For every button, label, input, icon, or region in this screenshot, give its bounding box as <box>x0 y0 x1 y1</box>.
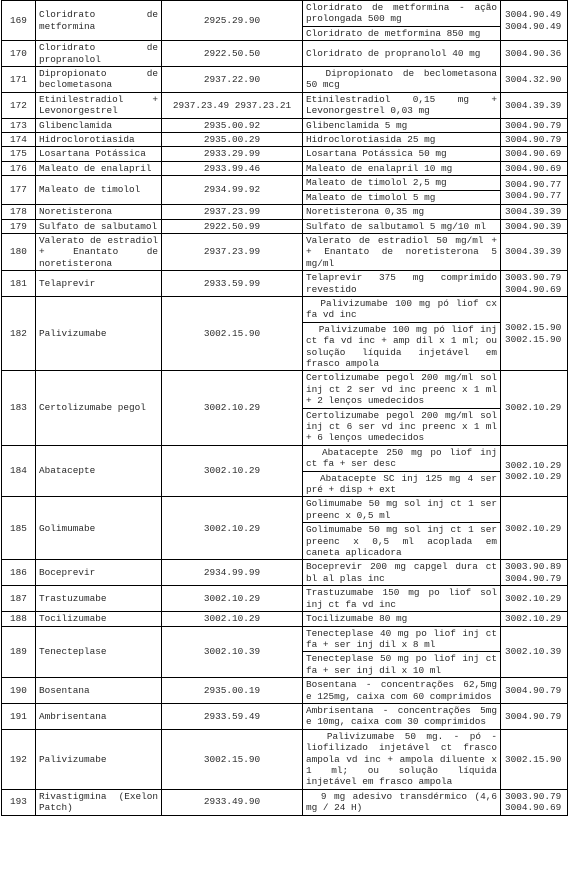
substance-name: Bosentana <box>36 678 162 704</box>
substance-name: Telaprevir <box>36 271 162 297</box>
row-number: 193 <box>2 789 36 815</box>
product-description: Golimumabe 50 mg sol inj ct 1 ser preenc… <box>303 522 500 559</box>
product-description: Palivizumabe 100 mg pó liof cx fa vd inc <box>303 297 500 322</box>
table-row: 170Cloridrato de propranolol2922.50.50Cl… <box>2 41 568 67</box>
product-description-cell: Abatacepte 250 mg po liof inj ct fa + se… <box>303 445 501 497</box>
substance-ncm-code: 2934.99.92 <box>162 176 303 205</box>
table-row: 178Noretisterona2937.23.99Noretisterona … <box>2 205 568 219</box>
product-description: Abatacepte 250 mg po liof inj ct fa + se… <box>303 446 500 471</box>
table-row: 177Maleato de timolol2934.99.92Maleato d… <box>2 176 568 205</box>
product-description-cell: Valerato de estradiol 50 mg/ml + + Enant… <box>303 233 501 270</box>
substance-name: Tenecteplase <box>36 626 162 678</box>
product-description: Tocilizumabe 80 mg <box>303 612 500 625</box>
product-description-cell: Cloridrato de metformina - ação prolonga… <box>303 1 501 41</box>
substance-name: Etinilestradiol + Levonorgestrel <box>36 92 162 118</box>
table-row: 183Certolizumabe pegol3002.10.29Certoliz… <box>2 371 568 445</box>
product-description: Etinilestradiol 0,15 mg + Levonorgestrel… <box>303 93 500 118</box>
substance-ncm-code: 2922.50.50 <box>162 41 303 67</box>
product-description-cell: Ambrisentana - concentrações 5mg e 10mg,… <box>303 703 501 729</box>
substance-name: Abatacepte <box>36 445 162 497</box>
product-description-cell: Palivizumabe 50 mg. - pó - liofilizado i… <box>303 729 501 789</box>
product-description-cell: Dipropionato de beclometasona 50 mcg <box>303 67 501 93</box>
product-ncm-code: 3004.90.79 <box>501 118 568 132</box>
row-number: 177 <box>2 176 36 205</box>
product-description: Sulfato de salbutamol 5 mg/10 ml <box>303 220 500 233</box>
product-description-cell: Sulfato de salbutamol 5 mg/10 ml <box>303 219 501 233</box>
row-number: 181 <box>2 271 36 297</box>
substance-name: Golimumabe <box>36 497 162 560</box>
product-description: Dipropionato de beclometasona 50 mcg <box>303 67 500 92</box>
product-ncm-code: 3003.90.79 3004.90.69 <box>501 789 568 815</box>
substance-name: Valerato de estradiol + Enantato de nore… <box>36 233 162 270</box>
product-description: Golimumabe 50 mg sol inj ct 1 ser preenc… <box>303 497 500 522</box>
row-number: 178 <box>2 205 36 219</box>
product-ncm-code: 3002.10.39 <box>501 626 568 678</box>
product-ncm-code: 3004.90.69 <box>501 147 568 161</box>
product-ncm-code: 3003.90.89 3004.90.79 <box>501 560 568 586</box>
product-ncm-code: 3004.90.79 <box>501 703 568 729</box>
substance-ncm-code: 2933.59.49 <box>162 703 303 729</box>
table-row: 180Valerato de estradiol + Enantato de n… <box>2 233 568 270</box>
substance-ncm-code: 3002.15.90 <box>162 296 303 370</box>
table-row: 172Etinilestradiol + Levonorgestrel2937.… <box>2 92 568 118</box>
row-number: 170 <box>2 41 36 67</box>
row-number: 169 <box>2 1 36 41</box>
row-number: 183 <box>2 371 36 445</box>
product-ncm-code: 3002.15.90 3002.15.90 <box>501 296 568 370</box>
product-description: Cloridrato de propranolol 40 mg <box>303 47 500 60</box>
product-description: Noretisterona 0,35 mg <box>303 205 500 218</box>
product-description: Tenecteplase 50 mg po liof inj ct fa + s… <box>303 651 500 677</box>
row-number: 187 <box>2 586 36 612</box>
substance-name: Trastuzumabe <box>36 586 162 612</box>
substance-ncm-code: 3002.10.39 <box>162 626 303 678</box>
document-page: 169Cloridrato de metformina2925.29.90Clo… <box>1 0 568 816</box>
product-description-cell: 9 mg adesivo transdérmico (4,6 mg / 24 H… <box>303 789 501 815</box>
product-description-cell: Noretisterona 0,35 mg <box>303 205 501 219</box>
table-row: 173Glibenclamida2935.00.92Glibenclamida … <box>2 118 568 132</box>
row-number: 176 <box>2 161 36 175</box>
substance-name: Rivastigmina (Exelon Patch) <box>36 789 162 815</box>
product-description-cell: Cloridrato de propranolol 40 mg <box>303 41 501 67</box>
substance-name: Sulfato de salbutamol <box>36 219 162 233</box>
product-description-cell: Glibenclamida 5 mg <box>303 118 501 132</box>
product-description: Cloridrato de metformina - ação prolonga… <box>303 1 500 26</box>
substance-ncm-code: 2933.59.99 <box>162 271 303 297</box>
substance-ncm-code: 3002.10.29 <box>162 371 303 445</box>
product-description: Ambrisentana - concentrações 5mg e 10mg,… <box>303 704 500 729</box>
product-description: Certolizumabe pegol 200 mg/ml sol inj ct… <box>303 408 500 445</box>
substance-name: Glibenclamida <box>36 118 162 132</box>
row-number: 174 <box>2 133 36 147</box>
table-row: 184Abatacepte3002.10.29 Abatacepte 250 m… <box>2 445 568 497</box>
substance-ncm-code: 3002.10.29 <box>162 445 303 497</box>
table-row: 190Bosentana2935.00.19Bosentana - concen… <box>2 678 568 704</box>
product-description-cell: Golimumabe 50 mg sol inj ct 1 ser preenc… <box>303 497 501 560</box>
substance-name: Noretisterona <box>36 205 162 219</box>
product-description: Maleato de enalapril 10 mg <box>303 162 500 175</box>
product-description-cell: Maleato de timolol 2,5 mgMaleato de timo… <box>303 176 501 205</box>
substance-ncm-code: 2935.00.19 <box>162 678 303 704</box>
table-row: 189Tenecteplase3002.10.39Tenecteplase 40… <box>2 626 568 678</box>
product-ncm-code: 3002.15.90 <box>501 729 568 789</box>
table-row: 192Palivizumabe3002.15.90 Palivizumabe 5… <box>2 729 568 789</box>
table-row: 186Boceprevir2934.99.99Boceprevir 200 mg… <box>2 560 568 586</box>
row-number: 191 <box>2 703 36 729</box>
product-description-cell: Tenecteplase 40 mg po liof inj ct fa + s… <box>303 626 501 678</box>
product-ncm-code: 3002.10.29 <box>501 586 568 612</box>
product-description-cell: Bosentana - concentrações 62,5mg e 125mg… <box>303 678 501 704</box>
row-number: 175 <box>2 147 36 161</box>
table-row: 169Cloridrato de metformina2925.29.90Clo… <box>2 1 568 41</box>
product-ncm-code: 3003.90.79 3004.90.69 <box>501 271 568 297</box>
product-ncm-code: 3004.90.79 <box>501 678 568 704</box>
row-number: 190 <box>2 678 36 704</box>
row-number: 180 <box>2 233 36 270</box>
product-description: Palivizumabe 50 mg. - pó - liofilizado i… <box>303 730 500 789</box>
substance-name: Hidroclorotiasida <box>36 133 162 147</box>
medicines-table-body: 169Cloridrato de metformina2925.29.90Clo… <box>2 1 568 816</box>
product-description: Trastuzumabe 150 mg po liof sol inj ct f… <box>303 586 500 611</box>
product-ncm-code: 3004.39.39 <box>501 233 568 270</box>
product-description: Losartana Potássica 50 mg <box>303 147 500 160</box>
product-ncm-code: 3004.90.79 <box>501 133 568 147</box>
product-ncm-code: 3004.39.39 <box>501 92 568 118</box>
table-row: 191Ambrisentana2933.59.49Ambrisentana - … <box>2 703 568 729</box>
row-number: 184 <box>2 445 36 497</box>
table-row: 179Sulfato de salbutamol2922.50.99Sulfat… <box>2 219 568 233</box>
product-description: Glibenclamida 5 mg <box>303 119 500 132</box>
product-description-cell: Telaprevir 375 mg comprimido revestido <box>303 271 501 297</box>
substance-ncm-code: 2937.22.90 <box>162 67 303 93</box>
product-ncm-code: 3002.10.29 <box>501 371 568 445</box>
product-description-cell: Etinilestradiol 0,15 mg + Levonorgestrel… <box>303 92 501 118</box>
product-ncm-code: 3004.90.36 <box>501 41 568 67</box>
table-row: 193Rivastigmina (Exelon Patch)2933.49.90… <box>2 789 568 815</box>
substance-ncm-code: 2935.00.29 <box>162 133 303 147</box>
row-number: 173 <box>2 118 36 132</box>
product-description: Certolizumabe pegol 200 mg/ml sol inj ct… <box>303 371 500 407</box>
substance-ncm-code: 2933.49.90 <box>162 789 303 815</box>
table-row: 187Trastuzumabe3002.10.29Trastuzumabe 15… <box>2 586 568 612</box>
substance-ncm-code: 3002.10.29 <box>162 586 303 612</box>
table-row: 185Golimumabe3002.10.29Golimumabe 50 mg … <box>2 497 568 560</box>
row-number: 171 <box>2 67 36 93</box>
substance-ncm-code: 2925.29.90 <box>162 1 303 41</box>
substance-name: Cloridrato de propranolol <box>36 41 162 67</box>
medicines-table: 169Cloridrato de metformina2925.29.90Clo… <box>1 0 568 816</box>
product-ncm-code: 3002.10.29 <box>501 497 568 560</box>
table-row: 174Hidroclorotiasida2935.00.29Hidrocloro… <box>2 133 568 147</box>
product-description: Maleato de timolol 2,5 mg <box>303 176 500 189</box>
table-row: 171Dipropionato de beclometasona2937.22.… <box>2 67 568 93</box>
product-ncm-code: 3004.90.49 3004.90.49 <box>501 1 568 41</box>
product-description-cell: Maleato de enalapril 10 mg <box>303 161 501 175</box>
row-number: 172 <box>2 92 36 118</box>
product-description: Hidroclorotiasida 25 mg <box>303 133 500 146</box>
substance-name: Palivizumabe <box>36 729 162 789</box>
product-description: Maleato de timolol 5 mg <box>303 190 500 204</box>
row-number: 186 <box>2 560 36 586</box>
row-number: 189 <box>2 626 36 678</box>
product-ncm-code: 3004.90.77 3004.90.77 <box>501 176 568 205</box>
product-description-cell: Palivizumabe 100 mg pó liof cx fa vd inc… <box>303 296 501 370</box>
substance-name: Maleato de timolol <box>36 176 162 205</box>
table-row: 176Maleato de enalapril2933.99.46Maleato… <box>2 161 568 175</box>
product-description: Palivizumabe 100 mg pó liof inj ct fa vd… <box>303 322 500 371</box>
substance-name: Certolizumabe pegol <box>36 371 162 445</box>
substance-name: Losartana Potássica <box>36 147 162 161</box>
substance-ncm-code: 2933.99.46 <box>162 161 303 175</box>
substance-ncm-code: 2937.23.99 <box>162 233 303 270</box>
product-description: Tenecteplase 40 mg po liof inj ct fa + s… <box>303 627 500 652</box>
table-row: 181Telaprevir2933.59.99Telaprevir 375 mg… <box>2 271 568 297</box>
product-description: Boceprevir 200 mg capgel dura ct bl al p… <box>303 560 500 585</box>
row-number: 185 <box>2 497 36 560</box>
substance-name: Dipropionato de beclometasona <box>36 67 162 93</box>
product-ncm-code: 3002.10.29 3002.10.29 <box>501 445 568 497</box>
product-description: Abatacepte SC inj 125 mg 4 ser pré + dis… <box>303 471 500 497</box>
substance-name: Palivizumabe <box>36 296 162 370</box>
substance-ncm-code: 2934.99.99 <box>162 560 303 586</box>
row-number: 188 <box>2 612 36 626</box>
substance-name: Cloridrato de metformina <box>36 1 162 41</box>
product-description: 9 mg adesivo transdérmico (4,6 mg / 24 H… <box>303 790 500 815</box>
product-ncm-code: 3002.10.29 <box>501 612 568 626</box>
row-number: 182 <box>2 296 36 370</box>
product-description: Valerato de estradiol 50 mg/ml + + Enant… <box>303 234 500 270</box>
row-number: 179 <box>2 219 36 233</box>
product-ncm-code: 3004.90.69 <box>501 161 568 175</box>
substance-ncm-code: 2935.00.92 <box>162 118 303 132</box>
product-description: Cloridrato de metformina 850 mg <box>303 26 500 40</box>
product-ncm-code: 3004.39.39 <box>501 205 568 219</box>
substance-ncm-code: 3002.15.90 <box>162 729 303 789</box>
table-row: 175Losartana Potássica2933.29.99Losartan… <box>2 147 568 161</box>
product-description-cell: Certolizumabe pegol 200 mg/ml sol inj ct… <box>303 371 501 445</box>
substance-name: Tocilizumabe <box>36 612 162 626</box>
substance-ncm-code: 2937.23.49 2937.23.21 <box>162 92 303 118</box>
table-row: 182Palivizumabe3002.15.90 Palivizumabe 1… <box>2 296 568 370</box>
product-description: Bosentana - concentrações 62,5mg e 125mg… <box>303 678 500 703</box>
product-description-cell: Boceprevir 200 mg capgel dura ct bl al p… <box>303 560 501 586</box>
product-description-cell: Tocilizumabe 80 mg <box>303 612 501 626</box>
substance-ncm-code: 3002.10.29 <box>162 497 303 560</box>
product-description-cell: Losartana Potássica 50 mg <box>303 147 501 161</box>
product-description-cell: Hidroclorotiasida 25 mg <box>303 133 501 147</box>
product-description-cell: Trastuzumabe 150 mg po liof sol inj ct f… <box>303 586 501 612</box>
product-ncm-code: 3004.32.90 <box>501 67 568 93</box>
substance-name: Boceprevir <box>36 560 162 586</box>
product-description: Telaprevir 375 mg comprimido revestido <box>303 271 500 296</box>
table-row: 188Tocilizumabe3002.10.29Tocilizumabe 80… <box>2 612 568 626</box>
substance-name: Ambrisentana <box>36 703 162 729</box>
substance-ncm-code: 3002.10.29 <box>162 612 303 626</box>
product-ncm-code: 3004.90.39 <box>501 219 568 233</box>
substance-ncm-code: 2933.29.99 <box>162 147 303 161</box>
substance-ncm-code: 2922.50.99 <box>162 219 303 233</box>
row-number: 192 <box>2 729 36 789</box>
substance-ncm-code: 2937.23.99 <box>162 205 303 219</box>
substance-name: Maleato de enalapril <box>36 161 162 175</box>
